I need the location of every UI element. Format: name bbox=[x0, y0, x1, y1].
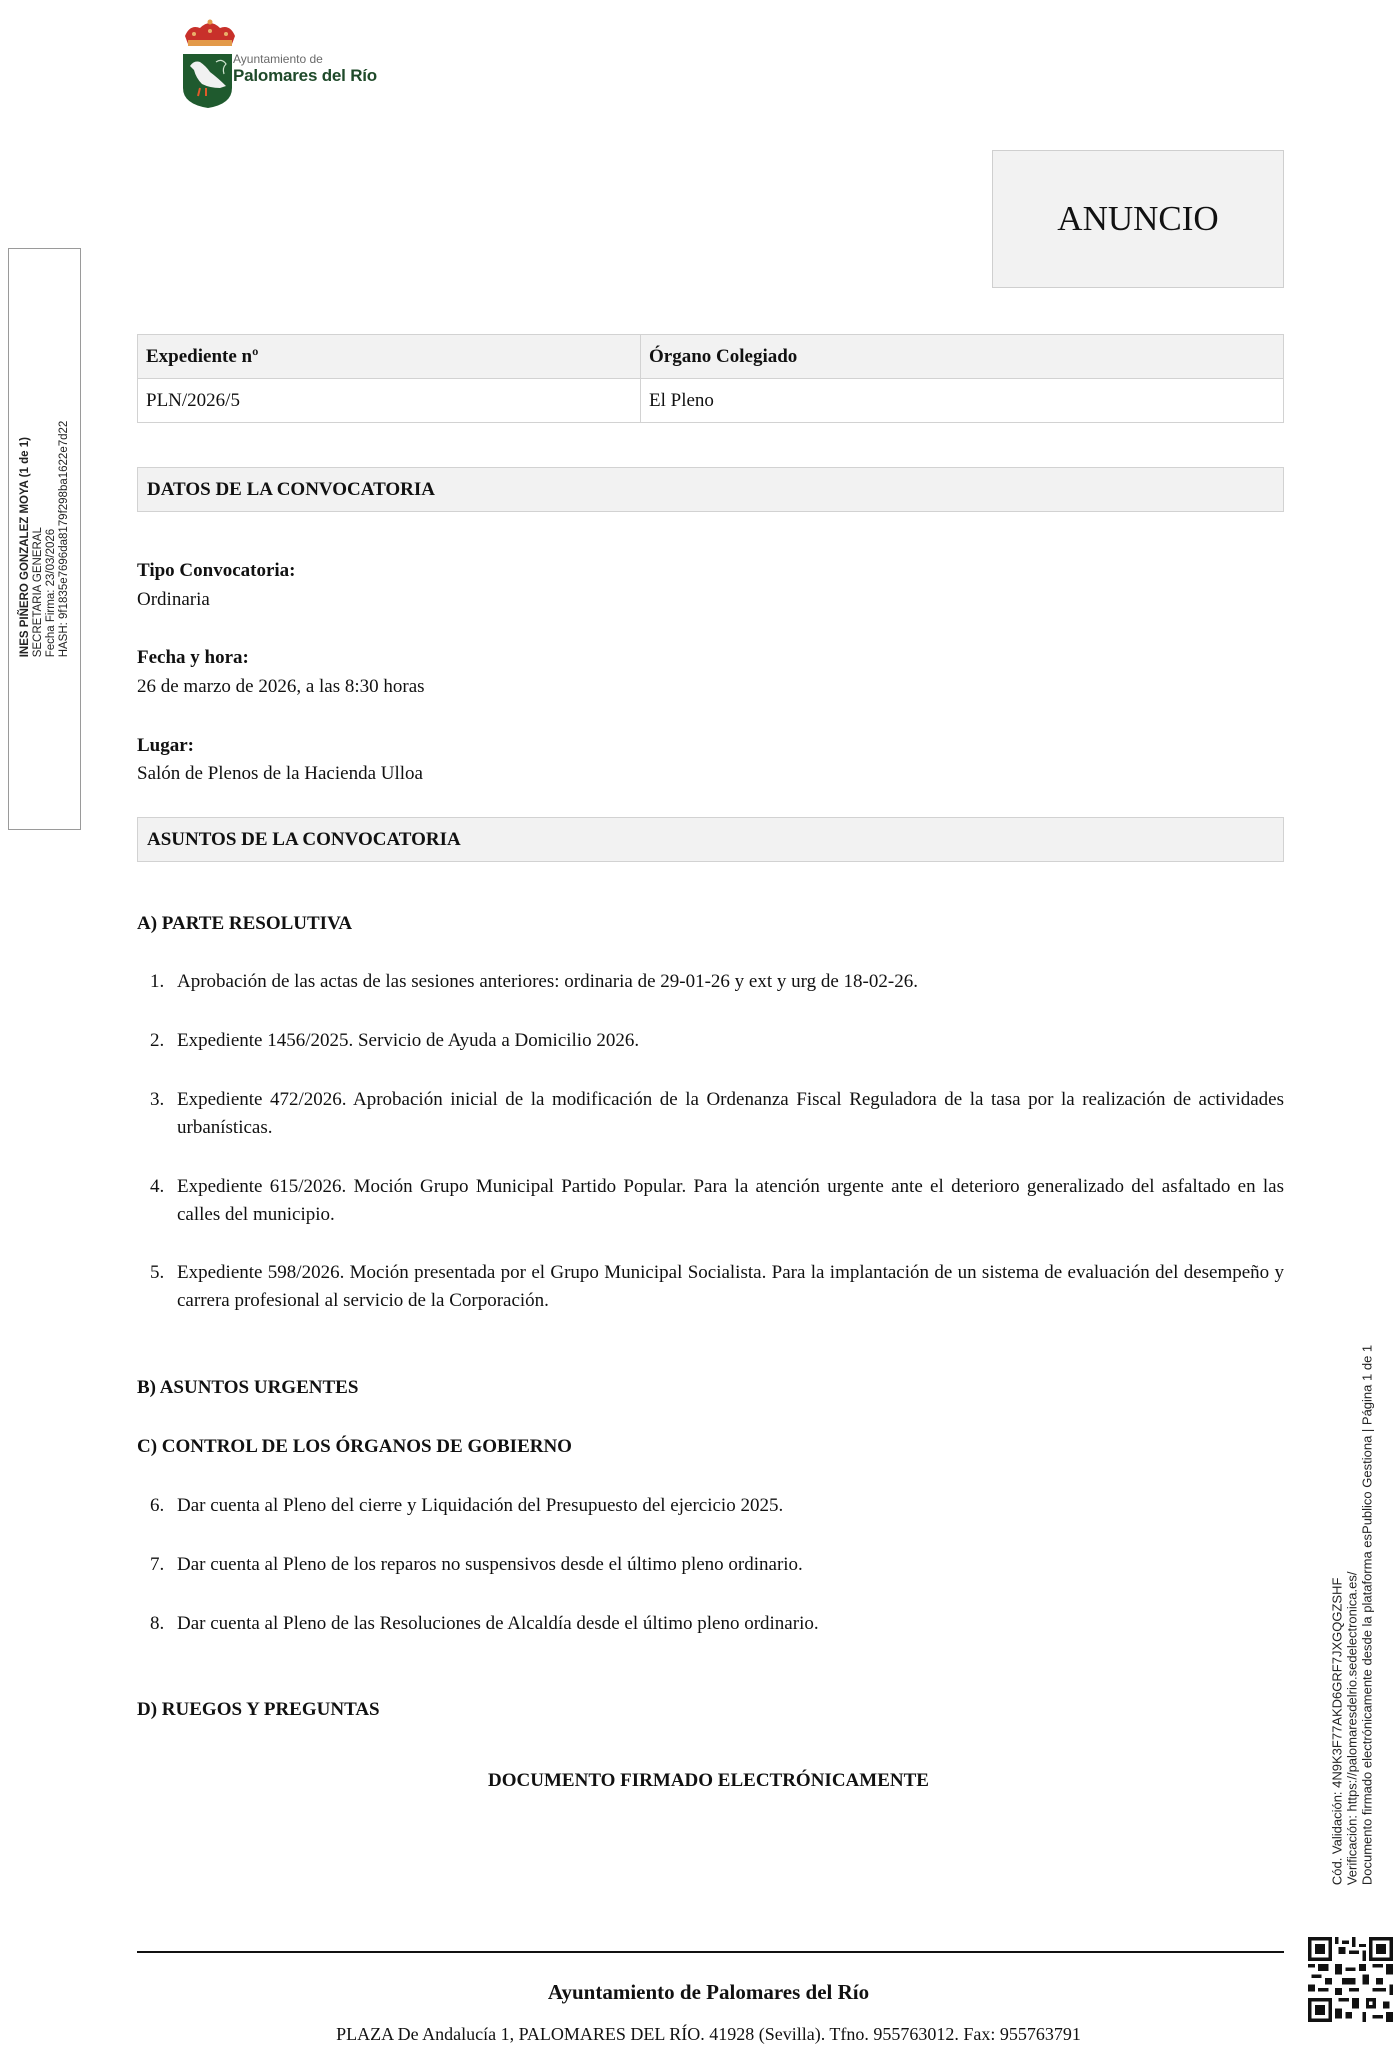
item-number: 6. bbox=[150, 1492, 164, 1520]
header-expediente: Expediente nº bbox=[138, 335, 641, 379]
item-text: Dar cuenta al Pleno de los reparos no su… bbox=[177, 1551, 1284, 1579]
list-item: 8. Dar cuenta al Pleno de las Resolucion… bbox=[137, 1610, 1284, 1638]
validation-code: Cód. Validación: 4N9K3F77AKD6GRF7JXGQGZS… bbox=[1330, 1345, 1345, 1885]
qr-code-icon bbox=[1308, 1937, 1393, 2022]
signer-name: INES PIÑERO GONZALEZ MOYA (1 de 1) bbox=[19, 421, 32, 658]
lugar-label: Lugar: bbox=[137, 735, 194, 757]
signed-notice: DOCUMENTO FIRMADO ELECTRÓNICAMENTE bbox=[0, 1770, 1400, 1792]
expediente-table: Expediente nº Órgano Colegiado PLN/2026/… bbox=[137, 334, 1284, 423]
item-text: Expediente 615/2026. Moción Grupo Munici… bbox=[177, 1173, 1284, 1229]
coat-of-arms-icon bbox=[180, 18, 240, 110]
signature-date: Fecha Firma: 23/03/2026 bbox=[45, 421, 58, 658]
expediente-value: PLN/2026/5 bbox=[138, 379, 641, 423]
item-text: Expediente 1456/2025. Servicio de Ayuda … bbox=[177, 1027, 1284, 1055]
item-text: Expediente 598/2026. Moción presentada p… bbox=[177, 1259, 1284, 1315]
list-item: 2. Expediente 1456/2025. Servicio de Ayu… bbox=[137, 1027, 1284, 1055]
organo-value: El Pleno bbox=[641, 379, 1284, 423]
item-number: 1. bbox=[150, 968, 164, 996]
list-item: 6. Dar cuenta al Pleno del cierre y Liqu… bbox=[137, 1492, 1284, 1520]
datos-heading: DATOS DE LA CONVOCATORIA bbox=[137, 467, 1284, 512]
section-c-title: C) CONTROL DE LOS ÓRGANOS DE GOBIERNO bbox=[137, 1436, 572, 1458]
document-title: ANUNCIO bbox=[992, 150, 1284, 288]
table-header-row: Expediente nº Órgano Colegiado bbox=[138, 335, 1284, 379]
item-text: Aprobación de las actas de las sesiones … bbox=[177, 968, 1284, 996]
verification-url: Verificación: https://palomaresdelrio.se… bbox=[1345, 1345, 1360, 1885]
item-text: Dar cuenta al Pleno del cierre y Liquida… bbox=[177, 1492, 1284, 1520]
platform-note: Documento firmado electrónicamente desde… bbox=[1360, 1345, 1375, 1885]
fecha-label: Fecha y hora: bbox=[137, 647, 249, 669]
item-number: 5. bbox=[150, 1259, 164, 1287]
table-row: PLN/2026/5 El Pleno bbox=[138, 379, 1284, 423]
list-item: 1. Aprobación de las actas de las sesion… bbox=[137, 968, 1284, 996]
header-organo: Órgano Colegiado bbox=[641, 335, 1284, 379]
item-number: 2. bbox=[150, 1027, 164, 1055]
footer-divider bbox=[137, 1951, 1284, 1953]
validation-info: Cód. Validación: 4N9K3F77AKD6GRF7JXGQGZS… bbox=[1330, 1345, 1375, 1885]
section-a-title: A) PARTE RESOLUTIVA bbox=[137, 913, 352, 935]
fecha-value: 26 de marzo de 2026, a las 8:30 horas bbox=[137, 676, 425, 698]
asuntos-heading: ASUNTOS DE LA CONVOCATORIA bbox=[137, 817, 1284, 862]
item-number: 3. bbox=[150, 1086, 164, 1114]
list-item: 5. Expediente 598/2026. Moción presentad… bbox=[137, 1259, 1284, 1315]
signer-role: SECRETARIA GENERAL bbox=[32, 421, 45, 658]
footer-title: Ayuntamiento de Palomares del Río bbox=[0, 1980, 1400, 2005]
tipo-label: Tipo Convocatoria: bbox=[137, 560, 296, 582]
list-item: 4. Expediente 615/2026. Moción Grupo Mun… bbox=[137, 1173, 1284, 1229]
item-text: Expediente 472/2026. Aprobación inicial … bbox=[177, 1086, 1284, 1142]
item-text: Dar cuenta al Pleno de las Resoluciones … bbox=[177, 1610, 1284, 1638]
tipo-value: Ordinaria bbox=[137, 589, 210, 611]
item-number: 4. bbox=[150, 1173, 164, 1201]
list-item: 3. Expediente 472/2026. Aprobación inici… bbox=[137, 1086, 1284, 1142]
list-item: 7. Dar cuenta al Pleno de los reparos no… bbox=[137, 1551, 1284, 1579]
logo-subtitle: Ayuntamiento de bbox=[233, 52, 323, 66]
logo-title: Palomares del Río bbox=[233, 66, 377, 86]
section-b-title: B) ASUNTOS URGENTES bbox=[137, 1377, 358, 1399]
section-d-title: D) RUEGOS Y PREGUNTAS bbox=[137, 1699, 380, 1721]
signature-hash: HASH: 9f1835e7696da8179f298ba1622e7d22 bbox=[58, 421, 71, 658]
item-number: 8. bbox=[150, 1610, 164, 1638]
lugar-value: Salón de Plenos de la Hacienda Ulloa bbox=[137, 763, 423, 785]
footer-address: PLAZA De Andalucía 1, PALOMARES DEL RÍO.… bbox=[0, 2024, 1400, 2045]
signature-stamp: INES PIÑERO GONZALEZ MOYA (1 de 1) SECRE… bbox=[8, 248, 81, 830]
item-number: 7. bbox=[150, 1551, 164, 1579]
